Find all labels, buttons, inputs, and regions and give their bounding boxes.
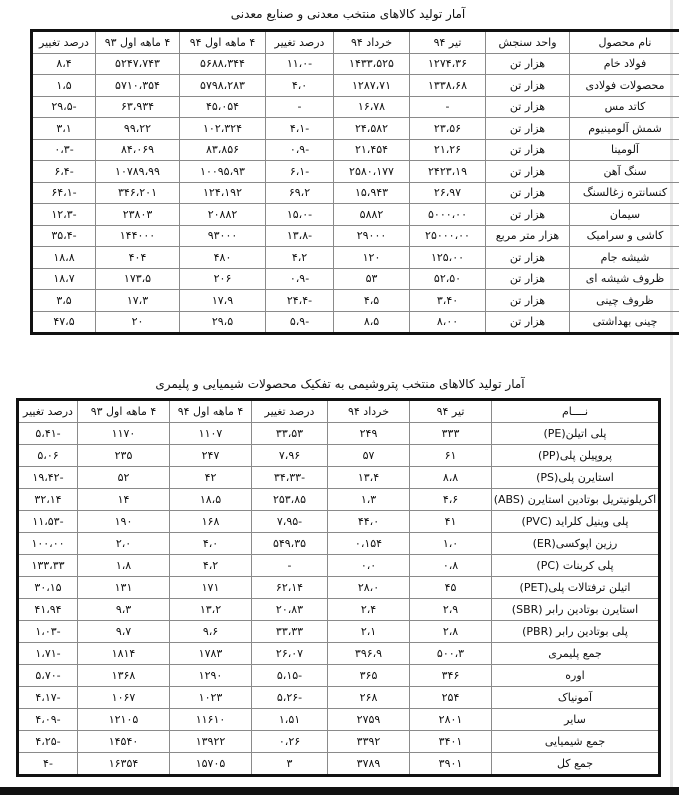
monthly-change-cell: ۲۵۳،۸۵	[252, 489, 328, 511]
product-name-cell: جمع کل	[492, 753, 660, 776]
monthly-change-cell: -۵،۹	[266, 311, 334, 334]
tir-94-cell: ۵۰۰۰،۰۰	[410, 204, 486, 226]
yearly-change-cell: -۰،۳	[32, 139, 96, 161]
4months-93-cell: ۲،۰	[78, 533, 170, 555]
monthly-change-cell: -۷،۹۵	[252, 511, 328, 533]
4months-94-cell: ۹،۶	[170, 621, 252, 643]
product-name-cell: پروپیلن پلی(PP)	[492, 445, 660, 467]
header-name: نــــام	[492, 400, 660, 423]
unit-cell: هزار تن	[486, 247, 570, 269]
table2-title: آمار تولید کالاهای منتخب پتروشیمی به تفک…	[150, 377, 530, 391]
table-row: جمع پلیمری۵۰۰،۳۳۹۶،۹۲۶،۰۷۱۷۸۳۱۸۱۴-۱،۷۱	[18, 643, 660, 665]
header-monthly-change: درصد تغییر	[252, 400, 328, 423]
header-product-name: نام محصول	[570, 31, 679, 54]
unit-cell: هزار تن	[486, 96, 570, 118]
yearly-change-cell: -۴،۱۷	[18, 687, 78, 709]
monthly-change-cell: -۵،۱۵	[252, 665, 328, 687]
monthly-change-cell: ۰،۲۶	[252, 731, 328, 753]
yearly-change-cell: -۴،۰۹	[18, 709, 78, 731]
header-monthly-change: درصد تغییر	[266, 31, 334, 54]
tir-94-cell: ۲۳،۵۶	[410, 118, 486, 140]
yearly-change-cell: ۸،۴	[32, 53, 96, 75]
tir-94-cell: ۲،۹	[410, 599, 492, 621]
khordad-94-cell: ۴۴،۰	[328, 511, 410, 533]
khordad-94-cell: ۳۹۶،۹	[328, 643, 410, 665]
monthly-change-cell: -۳۴،۳۳	[252, 467, 328, 489]
monthly-change-cell: -	[266, 96, 334, 118]
product-name-cell: چینی بهداشتی	[570, 311, 679, 334]
4months-93-cell: ۱۰۶۷	[78, 687, 170, 709]
header-4months-94: ۴ ماهه اول ۹۴	[170, 400, 252, 423]
product-name-cell: پلی بوتادین رابر (PBR)	[492, 621, 660, 643]
product-name-cell: اوره	[492, 665, 660, 687]
4months-94-cell: ۹۳۰۰۰	[180, 225, 266, 247]
yearly-change-cell: ۱۰۰،۰۰	[18, 533, 78, 555]
unit-cell: هزار تن	[486, 182, 570, 204]
product-name-cell: اتیلن ترفتالات پلی(PET)	[492, 577, 660, 599]
tir-94-cell: -	[410, 96, 486, 118]
yearly-change-cell: -۱۱،۵۳	[18, 511, 78, 533]
yearly-change-cell: ۱،۵	[32, 75, 96, 97]
4months-93-cell: ۱۷،۳	[96, 290, 180, 312]
khordad-94-cell: ۱۲۰	[334, 247, 410, 269]
product-name-cell: سنگ آهن	[570, 161, 679, 183]
4months-94-cell: ۱۵۷۰۵	[170, 753, 252, 776]
yearly-change-cell: -۱،۰۳	[18, 621, 78, 643]
product-name-cell: سایر	[492, 709, 660, 731]
tir-94-cell: ۴۱	[410, 511, 492, 533]
product-name-cell: جمع شیمیایی	[492, 731, 660, 753]
4months-94-cell: ۲۰۶	[180, 268, 266, 290]
table-row: جمع کل۳۹۰۱۳۷۸۹۳۱۵۷۰۵۱۶۳۵۴-۴	[18, 753, 660, 776]
monthly-change-cell: -۱۳،۸	[266, 225, 334, 247]
4months-94-cell: ۱۸،۵	[170, 489, 252, 511]
4months-93-cell: ۱،۸	[78, 555, 170, 577]
yearly-change-cell: ۱۸،۸	[32, 247, 96, 269]
4months-93-cell: ۱۰۷۸۹،۹۹	[96, 161, 180, 183]
mining-production-table: نام محصول واحد سنجش تیر ۹۴ خرداد ۹۴ درصد…	[30, 29, 679, 335]
4months-93-cell: ۱۲۱۰۵	[78, 709, 170, 731]
yearly-change-cell: -۱۹،۴۲	[18, 467, 78, 489]
khordad-94-cell: ۰،۱۵۴	[328, 533, 410, 555]
table-row: اکریلونیتریل بوتادین استایرن (ABS)۴،۶۱،۳…	[18, 489, 660, 511]
product-name-cell: ظروف چینی	[570, 290, 679, 312]
monthly-change-cell: ۲۶،۰۷	[252, 643, 328, 665]
4months-93-cell: ۴۰۴	[96, 247, 180, 269]
4months-93-cell: ۱۳۱	[78, 577, 170, 599]
product-name-cell: محصولات فولادی	[570, 75, 679, 97]
table-row: چینی بهداشتیهزار تن۸،۰۰۸،۵-۵،۹۲۹،۵۲۰۴۷،۵	[32, 311, 679, 334]
table-row: جمع شیمیایی۳۴۰۱۳۳۹۲۰،۲۶۱۳۹۲۲۱۴۵۴۰-۴،۲۵	[18, 731, 660, 753]
khordad-94-cell: ۲۹۰۰۰	[334, 225, 410, 247]
monthly-change-cell: ۶۲،۱۴	[252, 577, 328, 599]
yearly-change-cell: -۵،۴۱	[18, 423, 78, 445]
product-name-cell: استایرن بوتادین رابر (SBR)	[492, 599, 660, 621]
yearly-change-cell: ۵،۰۶	[18, 445, 78, 467]
monthly-change-cell: ۱،۵۱	[252, 709, 328, 731]
product-name-cell: فولاد خام	[570, 53, 679, 75]
yearly-change-cell: -۶۴،۱	[32, 182, 96, 204]
monthly-change-cell: -۶،۱	[266, 161, 334, 183]
product-name-cell: پلی کربنات (PC)	[492, 555, 660, 577]
tir-94-cell: ۲۱،۲۶	[410, 139, 486, 161]
header-yearly-change: درصد تغییر	[32, 31, 96, 54]
tir-94-cell: ۴۵	[410, 577, 492, 599]
unit-cell: هزار تن	[486, 161, 570, 183]
monthly-change-cell: ۵۴۹،۳۵	[252, 533, 328, 555]
yearly-change-cell: ۱۸،۷	[32, 268, 96, 290]
product-name-cell: شیشه جام	[570, 247, 679, 269]
tir-94-cell: ۳۴۶	[410, 665, 492, 687]
4months-93-cell: ۱۳۶۸	[78, 665, 170, 687]
khordad-94-cell: ۲۶۸	[328, 687, 410, 709]
product-name-cell: پلی اتیلن(PE)	[492, 423, 660, 445]
4months-94-cell: ۲۰۸۸۲	[180, 204, 266, 226]
yearly-change-cell: -۱۲،۳	[32, 204, 96, 226]
header-4months-93: ۴ ماهه اول ۹۳	[78, 400, 170, 423]
khordad-94-cell: ۱۶،۷۸	[334, 96, 410, 118]
monthly-change-cell: ۴،۲	[266, 247, 334, 269]
4months-93-cell: ۸۴،۰۶۹	[96, 139, 180, 161]
khordad-94-cell: ۳۳۹۲	[328, 731, 410, 753]
tir-94-cell: ۸،۸	[410, 467, 492, 489]
table-row: فولاد خامهزار تن۱۲۷۴،۳۶۱۴۳۳،۵۲۵-۱۱،۰۵۶۸۸…	[32, 53, 679, 75]
table-row: کنسانتره زغالسنگهزار تن۲۶،۹۷۱۵،۹۴۳۶۹،۲۱۲…	[32, 182, 679, 204]
tir-94-cell: ۳۴۰۱	[410, 731, 492, 753]
unit-cell: هزار تن	[486, 311, 570, 334]
product-name-cell: استایرن پلی(PS)	[492, 467, 660, 489]
table-row: پلی وینیل کلراید (PVC)۴۱۴۴،۰-۷،۹۵۱۶۸۱۹۰-…	[18, 511, 660, 533]
4months-93-cell: ۱۶۳۵۴	[78, 753, 170, 776]
khordad-94-cell: ۵۸۸۲	[334, 204, 410, 226]
header-tir-94: تیر ۹۴	[410, 31, 486, 54]
product-name-cell: کنسانتره زغالسنگ	[570, 182, 679, 204]
unit-cell: هزار تن	[486, 118, 570, 140]
4months-94-cell: ۱۰۰۹۵،۹۳	[180, 161, 266, 183]
4months-94-cell: ۱۷۱	[170, 577, 252, 599]
4months-93-cell: ۹،۷	[78, 621, 170, 643]
khordad-94-cell: ۵۷	[328, 445, 410, 467]
khordad-94-cell: ۲۸،۰	[328, 577, 410, 599]
4months-94-cell: ۱۷،۹	[180, 290, 266, 312]
bottom-border-bar	[0, 787, 679, 795]
yearly-change-cell: -۵،۷۰	[18, 665, 78, 687]
yearly-change-cell: -۳۵،۴	[32, 225, 96, 247]
yearly-change-cell: ۳،۱	[32, 118, 96, 140]
tir-94-cell: ۲۵۴	[410, 687, 492, 709]
4months-94-cell: ۲۹،۵	[180, 311, 266, 334]
khordad-94-cell: ۸،۵	[334, 311, 410, 334]
unit-cell: هزار تن	[486, 290, 570, 312]
tir-94-cell: ۳۹۰۱	[410, 753, 492, 776]
4months-93-cell: ۱۸۱۴	[78, 643, 170, 665]
4months-94-cell: ۱۱۰۷	[170, 423, 252, 445]
tir-94-cell: ۱۲۷۴،۳۶	[410, 53, 486, 75]
khordad-94-cell: ۱۲۸۷،۷۱	[334, 75, 410, 97]
table1-title: آمار تولید کالاهای منتخب معدنی و صنایع م…	[228, 7, 468, 21]
table-row: اتیلن ترفتالات پلی(PET)۴۵۲۸،۰۶۲،۱۴۱۷۱۱۳۱…	[18, 577, 660, 599]
khordad-94-cell: ۵۳	[334, 268, 410, 290]
4months-93-cell: ۱۴	[78, 489, 170, 511]
4months-94-cell: ۱۳۹۲۲	[170, 731, 252, 753]
tir-94-cell: ۱۲۵،۰۰	[410, 247, 486, 269]
4months-93-cell: ۲۰	[96, 311, 180, 334]
tir-94-cell: ۰،۸	[410, 555, 492, 577]
khordad-94-cell: ۲۵۸۰،۱۷۷	[334, 161, 410, 183]
4months-94-cell: ۴۸۰	[180, 247, 266, 269]
4months-93-cell: ۲۳۸۰۳	[96, 204, 180, 226]
header-yearly-change: درصد تغییر	[18, 400, 78, 423]
4months-94-cell: ۴،۰	[170, 533, 252, 555]
yearly-change-cell: ۴۱،۹۴	[18, 599, 78, 621]
header-khordad-94: خرداد ۹۴	[334, 31, 410, 54]
table-row: آلومیناهزار تن۲۱،۲۶۲۱،۴۵۴-۰،۹۸۳،۸۵۶۸۴،۰۶…	[32, 139, 679, 161]
product-name-cell: کاشی و سرامیک	[570, 225, 679, 247]
table-row: پروپیلن پلی(PP)۶۱۵۷۷،۹۶۲۴۷۲۳۵۵،۰۶	[18, 445, 660, 467]
4months-93-cell: ۱۷۳،۵	[96, 268, 180, 290]
khordad-94-cell: ۴،۵	[334, 290, 410, 312]
monthly-change-cell: ۴،۰	[266, 75, 334, 97]
table-row: شمش آلومینیومهزار تن۲۳،۵۶۲۴،۵۸۲-۴،۱۱۰۲،۳…	[32, 118, 679, 140]
product-name-cell: آمونیاک	[492, 687, 660, 709]
monthly-change-cell: ۶۹،۲	[266, 182, 334, 204]
khordad-94-cell: ۳۶۵	[328, 665, 410, 687]
header-khordad-94: خرداد ۹۴	[328, 400, 410, 423]
table-row: رزین اپوکسی(ER)۱،۰۰،۱۵۴۵۴۹،۳۵۴،۰۲،۰۱۰۰،۰…	[18, 533, 660, 555]
table-row: پلی اتیلن(PE)۳۳۳۲۴۹۳۳،۵۳۱۱۰۷۱۱۷۰-۵،۴۱	[18, 423, 660, 445]
4months-93-cell: ۹۹،۲۲	[96, 118, 180, 140]
4months-94-cell: ۱۰۲،۳۲۴	[180, 118, 266, 140]
tir-94-cell: ۶۱	[410, 445, 492, 467]
product-name-cell: اکریلونیتریل بوتادین استایرن (ABS)	[492, 489, 660, 511]
product-name-cell: آلومینا	[570, 139, 679, 161]
4months-94-cell: ۵۶۸۸،۳۴۴	[180, 53, 266, 75]
monthly-change-cell: ۳۳،۳۳	[252, 621, 328, 643]
4months-94-cell: ۱۱۶۱۰	[170, 709, 252, 731]
yearly-change-cell: ۱۳۳،۳۳	[18, 555, 78, 577]
khordad-94-cell: ۲۴،۵۸۲	[334, 118, 410, 140]
khordad-94-cell: ۲،۴	[328, 599, 410, 621]
4months-94-cell: ۱۲۴،۱۹۲	[180, 182, 266, 204]
yearly-change-cell: ۳،۵	[32, 290, 96, 312]
4months-93-cell: ۵۲۴۷،۷۴۳	[96, 53, 180, 75]
4months-94-cell: ۱۰۲۳	[170, 687, 252, 709]
table-row: محصولات فولادیهزار تن۱۳۳۸،۶۸۱۲۸۷،۷۱۴،۰۵۷…	[32, 75, 679, 97]
monthly-change-cell: ۳	[252, 753, 328, 776]
khordad-94-cell: ۳۷۸۹	[328, 753, 410, 776]
product-name-cell: کاتد مس	[570, 96, 679, 118]
4months-94-cell: ۴۲	[170, 467, 252, 489]
tir-94-cell: ۲۵۰۰۰،۰۰	[410, 225, 486, 247]
tir-94-cell: ۱،۰	[410, 533, 492, 555]
khordad-94-cell: ۲۷۵۹	[328, 709, 410, 731]
monthly-change-cell: ۲۰،۸۳	[252, 599, 328, 621]
table-row: آمونیاک۲۵۴۲۶۸-۵،۲۶۱۰۲۳۱۰۶۷-۴،۱۷	[18, 687, 660, 709]
table-row: پلی بوتادین رابر (PBR)۲،۸۲،۱۳۳،۳۳۹،۶۹،۷-…	[18, 621, 660, 643]
4months-93-cell: ۶۳،۹۳۴	[96, 96, 180, 118]
unit-cell: هزار تن	[486, 75, 570, 97]
4months-94-cell: ۴،۲	[170, 555, 252, 577]
khordad-94-cell: ۱،۳	[328, 489, 410, 511]
monthly-change-cell: -۱۵،۰	[266, 204, 334, 226]
4months-94-cell: ۴۵،۰۵۴	[180, 96, 266, 118]
yearly-change-cell: -۶،۴	[32, 161, 96, 183]
tir-94-cell: ۸،۰۰	[410, 311, 486, 334]
khordad-94-cell: ۰،۰	[328, 555, 410, 577]
unit-cell: هزار تن	[486, 268, 570, 290]
4months-94-cell: ۱۷۸۳	[170, 643, 252, 665]
tir-94-cell: ۳،۴۰	[410, 290, 486, 312]
4months-93-cell: ۱۹۰	[78, 511, 170, 533]
khordad-94-cell: ۱۵،۹۴۳	[334, 182, 410, 204]
petrochemical-production-table: نــــام تیر ۹۴ خرداد ۹۴ درصد تغییر ۴ ماه…	[16, 398, 661, 777]
table-row: پلی کربنات (PC)۰،۸۰،۰-۴،۲۱،۸۱۳۳،۳۳	[18, 555, 660, 577]
4months-93-cell: ۱۱۷۰	[78, 423, 170, 445]
table-row: ظروف چینیهزار تن۳،۴۰۴،۵-۲۴،۴۱۷،۹۱۷،۳۳،۵	[32, 290, 679, 312]
4months-93-cell: ۱۴۴۰۰۰	[96, 225, 180, 247]
unit-cell: هزار متر مربع	[486, 225, 570, 247]
table-row: استایرن بوتادین رابر (SBR)۲،۹۲،۴۲۰،۸۳۱۳،…	[18, 599, 660, 621]
4months-93-cell: ۱۴۵۴۰	[78, 731, 170, 753]
table-header-row: نــــام تیر ۹۴ خرداد ۹۴ درصد تغییر ۴ ماه…	[18, 400, 660, 423]
khordad-94-cell: ۱۳،۴	[328, 467, 410, 489]
header-unit: واحد سنجش	[486, 31, 570, 54]
product-name-cell: ظروف شیشه ای	[570, 268, 679, 290]
header-tir-94: تیر ۹۴	[410, 400, 492, 423]
tir-94-cell: ۱۳۳۸،۶۸	[410, 75, 486, 97]
4months-93-cell: ۵۷۱۰،۳۵۴	[96, 75, 180, 97]
tir-94-cell: ۵۲،۵۰	[410, 268, 486, 290]
table-row: ظروف شیشه ایهزار تن۵۲،۵۰۵۳-۰،۹۲۰۶۱۷۳،۵۱۸…	[32, 268, 679, 290]
product-name-cell: سیمان	[570, 204, 679, 226]
khordad-94-cell: ۲،۱	[328, 621, 410, 643]
tir-94-cell: ۲،۸	[410, 621, 492, 643]
4months-93-cell: ۳۴۶،۲۰۱	[96, 182, 180, 204]
header-4months-94: ۴ ماهه اول ۹۴	[180, 31, 266, 54]
monthly-change-cell: -۲۴،۴	[266, 290, 334, 312]
tir-94-cell: ۲۸۰۱	[410, 709, 492, 731]
4months-94-cell: ۲۴۷	[170, 445, 252, 467]
yearly-change-cell: -۲۹،۵	[32, 96, 96, 118]
khordad-94-cell: ۱۴۳۳،۵۲۵	[334, 53, 410, 75]
4months-93-cell: ۲۳۵	[78, 445, 170, 467]
4months-94-cell: ۱۶۸	[170, 511, 252, 533]
product-name-cell: پلی وینیل کلراید (PVC)	[492, 511, 660, 533]
table-row: کاشی و سرامیکهزار متر مربع۲۵۰۰۰،۰۰۲۹۰۰۰-…	[32, 225, 679, 247]
yearly-change-cell: ۳۰،۱۵	[18, 577, 78, 599]
4months-94-cell: ۸۳،۸۵۶	[180, 139, 266, 161]
monthly-change-cell: -۴،۱	[266, 118, 334, 140]
4months-94-cell: ۱۲۹۰	[170, 665, 252, 687]
product-name-cell: رزین اپوکسی(ER)	[492, 533, 660, 555]
unit-cell: هزار تن	[486, 53, 570, 75]
tir-94-cell: ۴،۶	[410, 489, 492, 511]
4months-94-cell: ۵۷۹۸،۲۸۳	[180, 75, 266, 97]
monthly-change-cell: -۰،۹	[266, 139, 334, 161]
table-row: استایرن پلی(PS)۸،۸۱۳،۴-۳۴،۳۳۴۲۵۲-۱۹،۴۲	[18, 467, 660, 489]
unit-cell: هزار تن	[486, 139, 570, 161]
monthly-change-cell: -۱۱،۰	[266, 53, 334, 75]
product-name-cell: جمع پلیمری	[492, 643, 660, 665]
4months-93-cell: ۵۲	[78, 467, 170, 489]
monthly-change-cell: -۰،۹	[266, 268, 334, 290]
table-header-row: نام محصول واحد سنجش تیر ۹۴ خرداد ۹۴ درصد…	[32, 31, 679, 54]
table-row: سیمانهزار تن۵۰۰۰،۰۰۵۸۸۲-۱۵،۰۲۰۸۸۲۲۳۸۰۳-۱…	[32, 204, 679, 226]
monthly-change-cell: ۷،۹۶	[252, 445, 328, 467]
monthly-change-cell: ۳۳،۵۳	[252, 423, 328, 445]
table-row: شیشه جامهزار تن۱۲۵،۰۰۱۲۰۴،۲۴۸۰۴۰۴۱۸،۸	[32, 247, 679, 269]
table-row: اوره۳۴۶۳۶۵-۵،۱۵۱۲۹۰۱۳۶۸-۵،۷۰	[18, 665, 660, 687]
table-row: سنگ آهنهزار تن۲۴۲۳،۱۹۲۵۸۰،۱۷۷-۶،۱۱۰۰۹۵،۹…	[32, 161, 679, 183]
yearly-change-cell: ۴۷،۵	[32, 311, 96, 334]
yearly-change-cell: ۳۲،۱۴	[18, 489, 78, 511]
khordad-94-cell: ۲۴۹	[328, 423, 410, 445]
tir-94-cell: ۲۶،۹۷	[410, 182, 486, 204]
unit-cell: هزار تن	[486, 204, 570, 226]
monthly-change-cell: -۵،۲۶	[252, 687, 328, 709]
yearly-change-cell: -۴،۲۵	[18, 731, 78, 753]
khordad-94-cell: ۲۱،۴۵۴	[334, 139, 410, 161]
table-row: سایر۲۸۰۱۲۷۵۹۱،۵۱۱۱۶۱۰۱۲۱۰۵-۴،۰۹	[18, 709, 660, 731]
4months-93-cell: ۹،۳	[78, 599, 170, 621]
tir-94-cell: ۲۴۲۳،۱۹	[410, 161, 486, 183]
yearly-change-cell: -۱،۷۱	[18, 643, 78, 665]
tir-94-cell: ۵۰۰،۳	[410, 643, 492, 665]
4months-94-cell: ۱۳،۲	[170, 599, 252, 621]
yearly-change-cell: -۴	[18, 753, 78, 776]
header-4months-93: ۴ ماهه اول ۹۳	[96, 31, 180, 54]
tir-94-cell: ۳۳۳	[410, 423, 492, 445]
product-name-cell: شمش آلومینیوم	[570, 118, 679, 140]
table-row: کاتد مسهزار تن-۱۶،۷۸-۴۵،۰۵۴۶۳،۹۳۴-۲۹،۵	[32, 96, 679, 118]
monthly-change-cell: -	[252, 555, 328, 577]
